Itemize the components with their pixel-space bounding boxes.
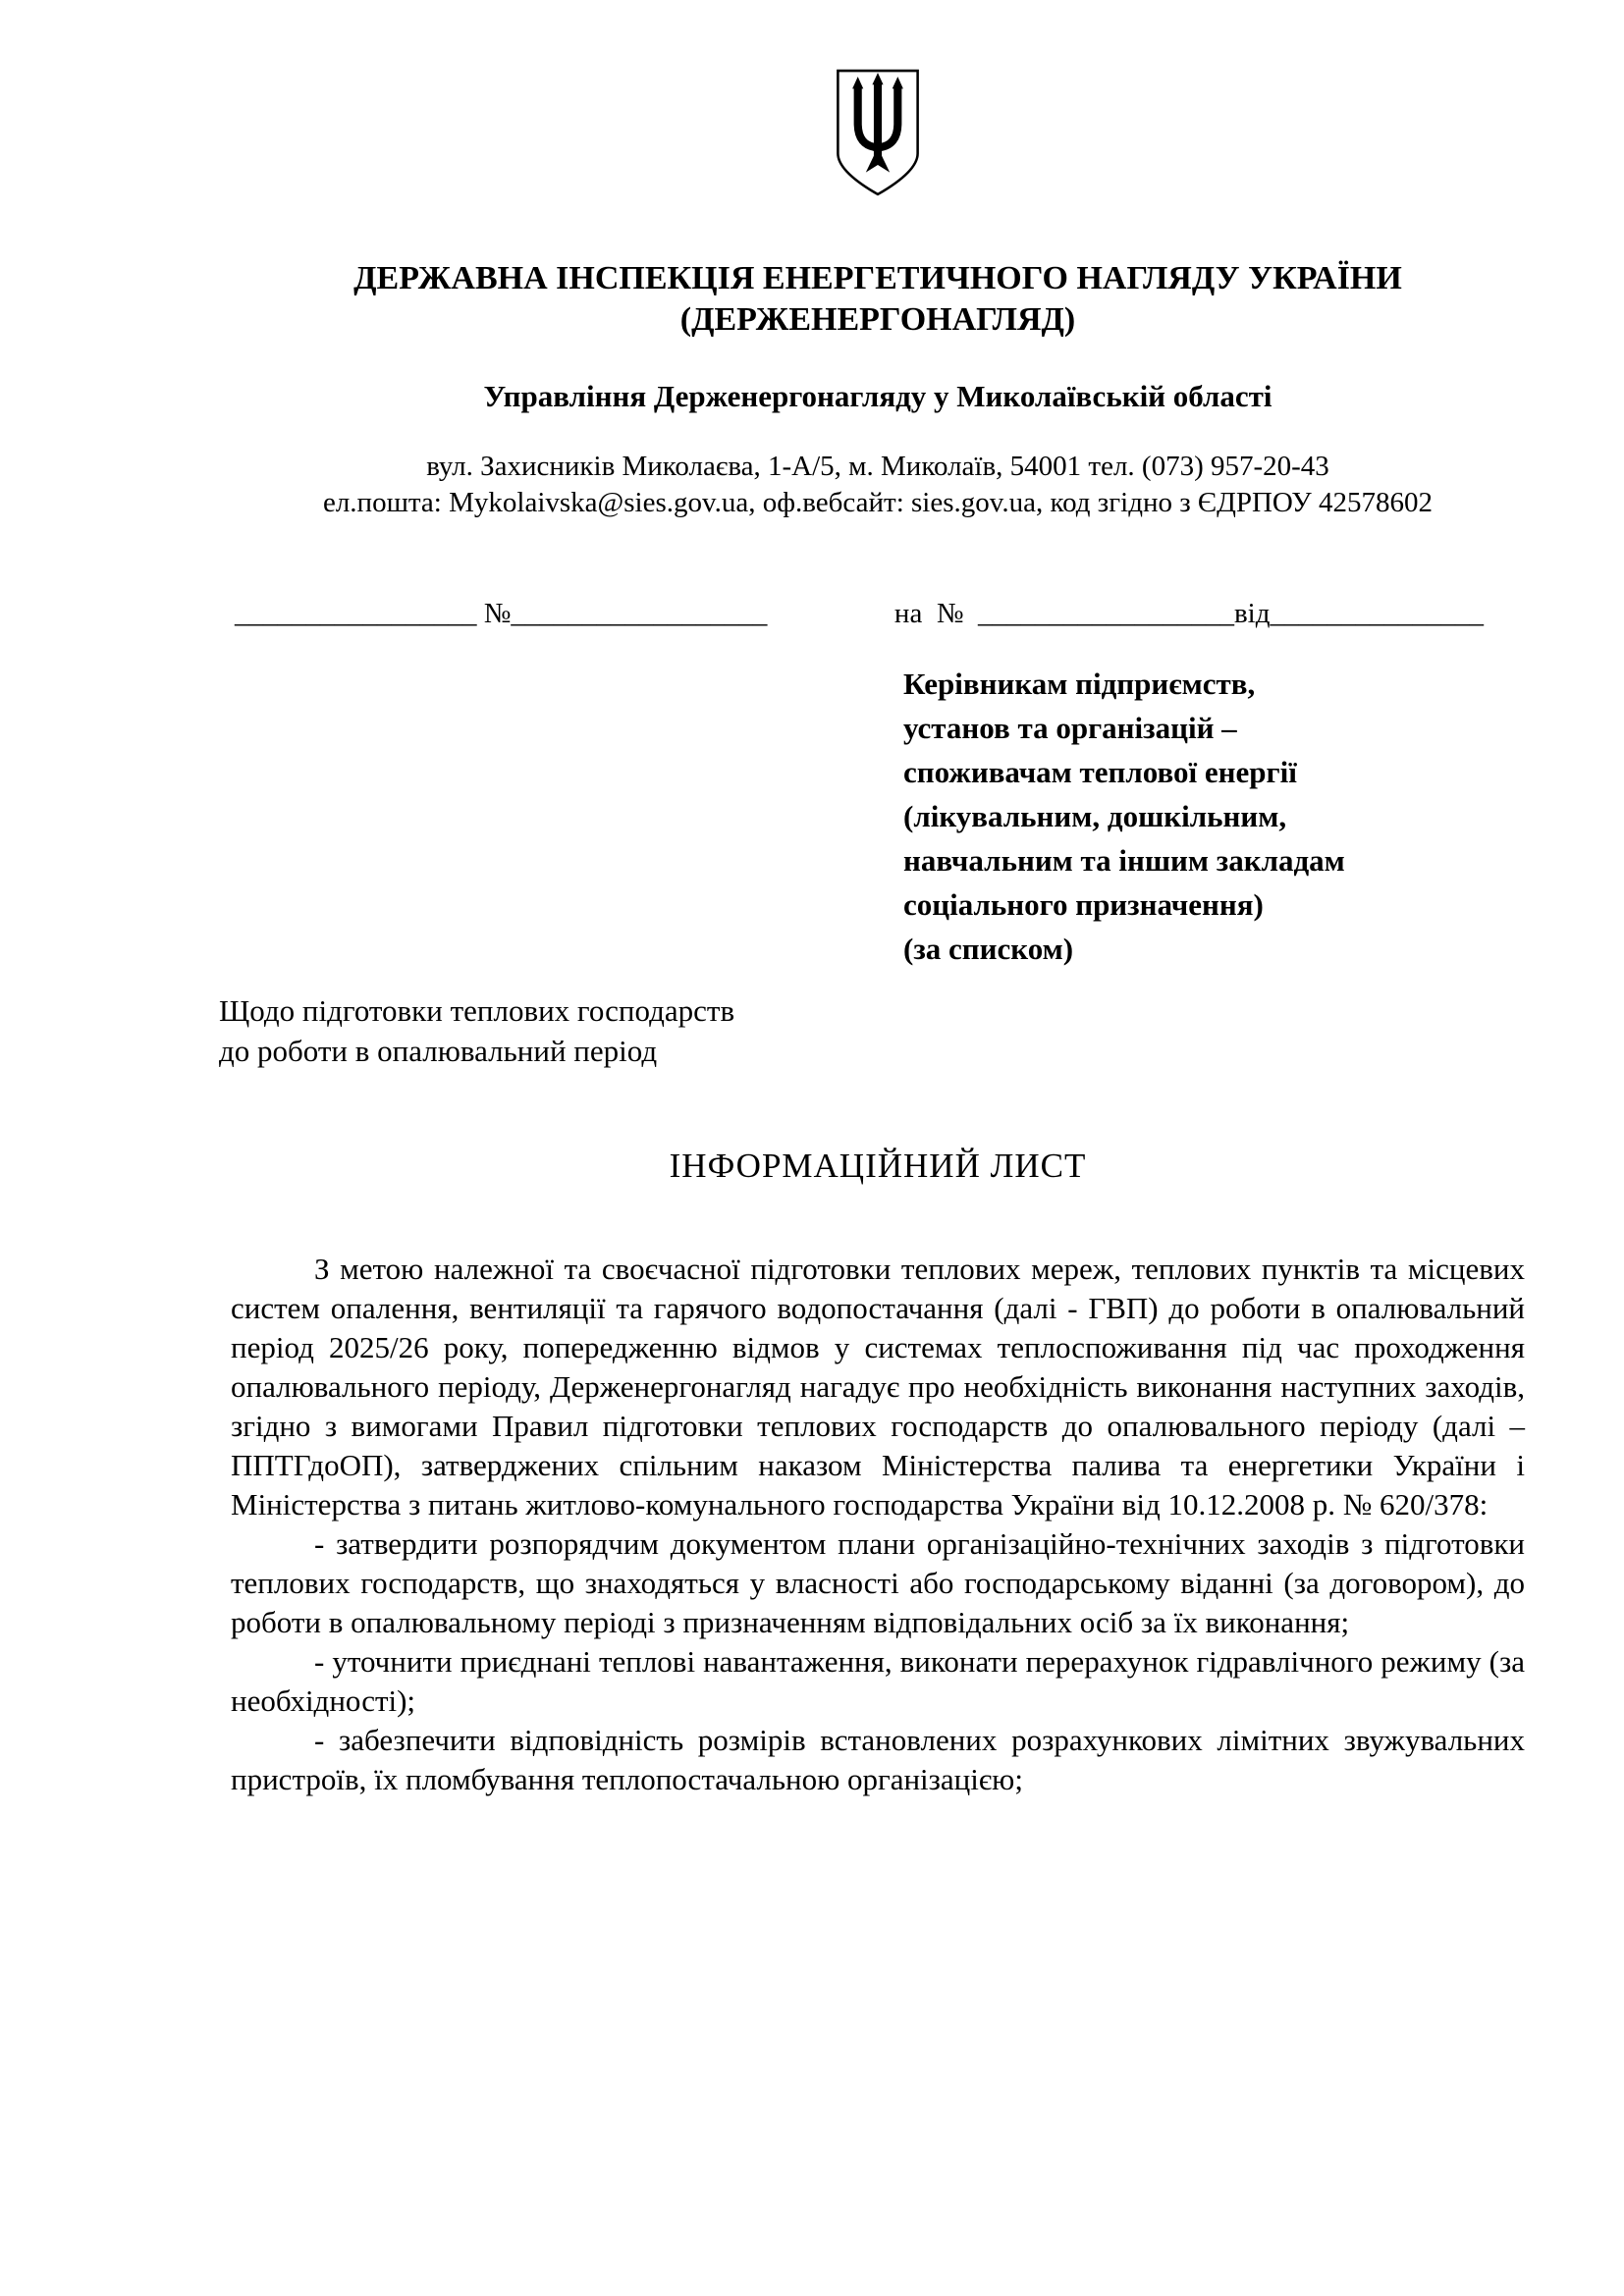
body-paragraph: З метою належної та своєчасної підготовк…: [231, 1250, 1525, 1524]
subject-line: Щодо підготовки теплових господарств: [219, 990, 1525, 1031]
addressee-line: (за списком): [903, 927, 1525, 971]
org-name-line2: (ДЕРЖЕНЕРГОНАГЛЯД): [231, 299, 1525, 341]
body-paragraph: - уточнити приєднані теплові навантаженн…: [231, 1642, 1525, 1721]
address-line: вул. Захисників Миколаєва, 1-А/5, м. Мик…: [231, 449, 1525, 485]
letter-page: ДЕРЖАВНА ІНСПЕКЦІЯ ЕНЕРГЕТИЧНОГО НАГЛЯДУ…: [0, 0, 1624, 2296]
outgoing-ref-blank: _________________ №__________________: [235, 596, 767, 632]
addressee-line: соціального призначення): [903, 882, 1525, 927]
body-paragraph: - забезпечити відповідність розмірів вст…: [231, 1721, 1525, 1799]
org-name-block: ДЕРЖАВНА ІНСПЕКЦІЯ ЕНЕРГЕТИЧНОГО НАГЛЯДУ…: [231, 258, 1525, 341]
addressee-line: навчальним та іншим закладам: [903, 838, 1525, 882]
subject-line: до роботи в опалювальний період: [219, 1031, 1525, 1071]
incoming-ref-blank: на № __________________від______________…: [894, 596, 1484, 632]
department-name: Управління Держенергонагляду у Миколаївс…: [231, 378, 1525, 415]
state-emblem: [833, 68, 923, 197]
addressee-line: Керівникам підприємств,: [903, 662, 1525, 706]
reference-line: _________________ №__________________ на…: [231, 596, 1525, 632]
addressee-line: споживачам теплової енергії: [903, 750, 1525, 794]
letter-title: ІНФОРМАЦІЙНИЙ ЛИСТ: [231, 1146, 1525, 1187]
addressee-line: установ та організацій –: [903, 706, 1525, 750]
org-address-block: вул. Захисників Миколаєва, 1-А/5, м. Мик…: [231, 449, 1525, 521]
contact-line: ел.пошта: Mykolaivska@sies.gov.ua, оф.ве…: [231, 485, 1525, 521]
addressee-line: (лікувальним, дошкільним,: [903, 794, 1525, 838]
addressee-block: Керівникам підприємств,установ та органі…: [903, 662, 1525, 971]
letter-body: З метою належної та своєчасної підготовк…: [231, 1250, 1525, 1799]
subject-block: Щодо підготовки теплових господарствдо р…: [219, 990, 1525, 1071]
trident-icon: [833, 68, 923, 197]
org-name-line1: ДЕРЖАВНА ІНСПЕКЦІЯ ЕНЕРГЕТИЧНОГО НАГЛЯДУ…: [231, 258, 1525, 299]
body-paragraph: - затвердити розпорядчим документом план…: [231, 1524, 1525, 1642]
